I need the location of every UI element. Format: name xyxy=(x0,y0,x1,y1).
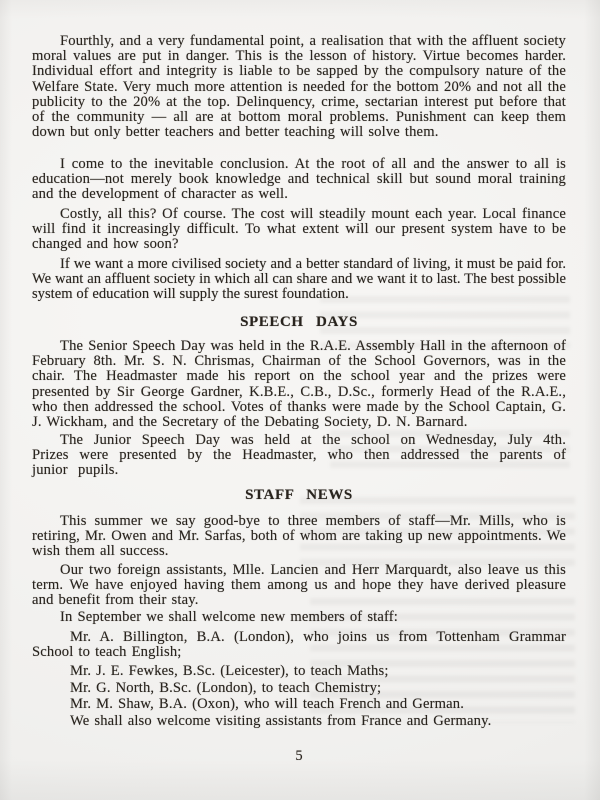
section-heading-speech-days: SPEECH DAYS xyxy=(32,314,566,331)
page-number: 5 xyxy=(32,748,566,765)
new-staff-item-shaw: Mr. M. Shaw, B.A. (Oxon), who will teach… xyxy=(32,697,566,712)
new-staff-item-fewkes: Mr. J. E. Fewkes, B.Sc. (Leicester), to … xyxy=(32,664,566,679)
paragraph-civilised-society: If we want a more civilised society and … xyxy=(32,257,566,303)
paragraph-junior-speech-day: The Junior Speech Day was held at the sc… xyxy=(32,433,566,479)
paragraph-visiting-assistants: We shall also welcome visiting assistant… xyxy=(32,714,566,729)
paragraph-foreign-assistants: Our two foreign assistants, Mlle. Lancie… xyxy=(32,563,566,609)
scanned-magazine-page: Fourthly, and a very fundamental point, … xyxy=(0,0,600,800)
section-heading-staff-news: STAFF NEWS xyxy=(32,487,566,504)
paragraph-senior-speech-day: The Senior Speech Day was held in the R.… xyxy=(32,339,566,430)
paragraph-inevitable-conclusion: I come to the inevitable conclusion. At … xyxy=(32,157,566,203)
paragraph-fourthly-affluent-society: Fourthly, and a very fundamental point, … xyxy=(32,34,566,140)
paragraph-staff-goodbye: This summer we say good-bye to three mem… xyxy=(32,514,566,560)
new-staff-item-billington: Mr. A. Billington, B.A. (London), who jo… xyxy=(32,630,566,660)
paragraph-costly-all-this: Costly, all this? Of course. The cost wi… xyxy=(32,207,566,253)
paragraph-september-welcome: In September we shall welcome new member… xyxy=(32,610,566,625)
new-staff-item-north: Mr. G. North, B.Sc. (London), to teach C… xyxy=(32,681,566,696)
